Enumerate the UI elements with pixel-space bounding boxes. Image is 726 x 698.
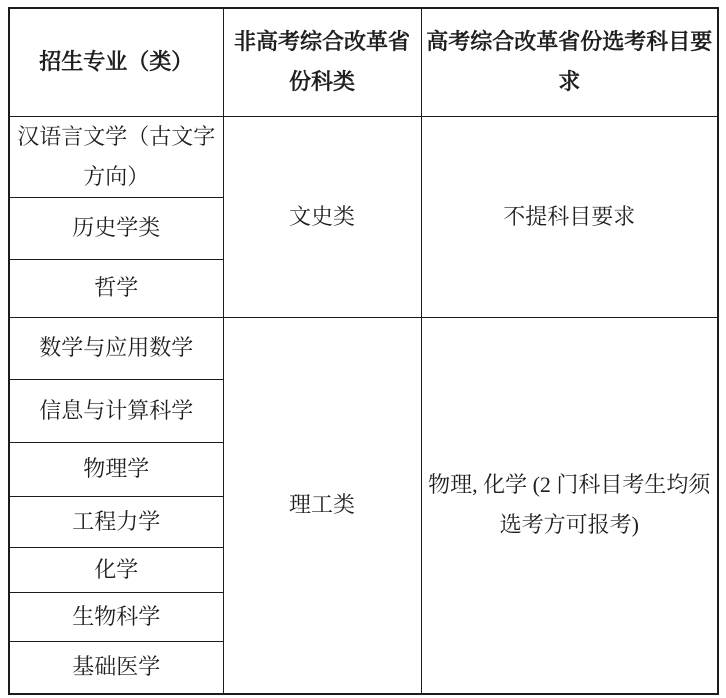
major-cell: 数学与应用数学 <box>9 317 223 379</box>
page: 招生专业（类） 非高考综合改革省份科类 高考综合改革省份选考科目要求 汉语言文学… <box>0 0 726 698</box>
major-cell: 汉语言文学（古文字方向） <box>9 116 223 197</box>
requirement-cell: 不提科目要求 <box>421 116 718 317</box>
major-cell: 哲学 <box>9 259 223 317</box>
major-cell: 基础医学 <box>9 641 223 694</box>
header-non-reform-category: 非高考综合改革省份科类 <box>223 8 421 116</box>
header-row: 招生专业（类） 非高考综合改革省份科类 高考综合改革省份选考科目要求 <box>9 8 718 116</box>
category-cell: 理工类 <box>223 317 421 694</box>
table-row: 汉语言文学（古文字方向） 文史类 不提科目要求 <box>9 116 718 197</box>
admission-subject-requirements-table: 招生专业（类） 非高考综合改革省份科类 高考综合改革省份选考科目要求 汉语言文学… <box>8 7 719 695</box>
header-major: 招生专业（类） <box>9 8 223 116</box>
header-reform-requirement: 高考综合改革省份选考科目要求 <box>421 8 718 116</box>
major-cell: 化学 <box>9 547 223 592</box>
major-cell: 物理学 <box>9 442 223 496</box>
major-cell: 工程力学 <box>9 496 223 547</box>
category-cell: 文史类 <box>223 116 421 317</box>
requirement-cell: 物理, 化学 (2 门科目考生均须选考方可报考) <box>421 317 718 694</box>
major-cell: 历史学类 <box>9 197 223 259</box>
major-cell: 生物科学 <box>9 592 223 641</box>
major-cell: 信息与计算科学 <box>9 379 223 442</box>
table-row: 数学与应用数学 理工类 物理, 化学 (2 门科目考生均须选考方可报考) <box>9 317 718 379</box>
